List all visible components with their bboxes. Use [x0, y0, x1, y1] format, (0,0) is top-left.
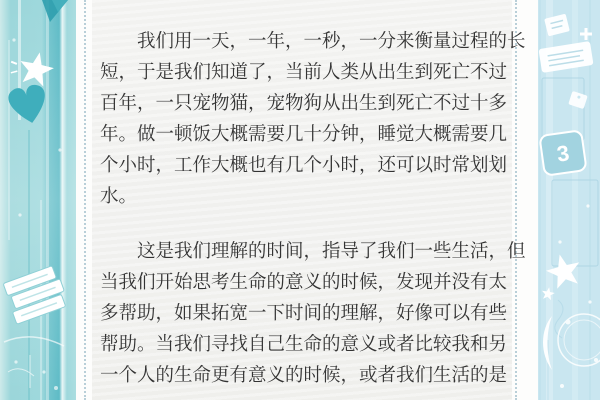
text-line: 多帮助，如果拓宽一下时间的理解，好像可以有些 [100, 299, 506, 330]
left-decorative-border [0, 0, 76, 400]
text-line: 水。 [100, 182, 506, 213]
text-line: 当我们开始思考生命的意义的时候，发现并没有太 [100, 268, 506, 299]
paragraph-2: 这是我们理解的时间，指导了我们一些生活，但 当我们开始思考生命的意义的时候，发现… [100, 237, 506, 392]
right-decorative-border: 3 [538, 0, 600, 400]
left-stitch-line [84, 0, 86, 400]
paper-panel: 我们用一天，一年，一秒，一分来衡量过程的长 短，于是我们知道了，当前人类从出生到… [92, 0, 512, 400]
right-doodle-art: 3 [538, 0, 600, 400]
text-line: 个小时，工作大概也有几个小时，还可以时常划划 [100, 151, 506, 182]
body-text: 我们用一天，一年，一秒，一分来衡量过程的长 短，于是我们知道了，当前人类从出生到… [92, 0, 512, 392]
text-line: 一个人的生命更有意义的时候，或者我们生活的是 [100, 361, 506, 392]
text-line: 短，于是我们知道了，当前人类从出生到死亡不过 [100, 58, 506, 89]
text-line: 我们用一天，一年，一秒，一分来衡量过程的长 [100, 27, 506, 58]
text-line: 百年，一只宠物猫，宠物狗从出生到死亡不过十多 [100, 89, 506, 120]
right-stitch-line [515, 0, 517, 400]
paragraph-1: 我们用一天，一年，一秒，一分来衡量过程的长 短，于是我们知道了，当前人类从出生到… [100, 27, 506, 213]
text-line: 这是我们理解的时间，指导了我们一些生活，但 [100, 237, 506, 268]
text-line: 帮助。当我们寻找自己生命的意义或者比较我和另 [100, 330, 506, 361]
text-image-page: 3 [0, 0, 600, 400]
left-watercolor-art [0, 0, 76, 400]
text-line: 年。做一顿饭大概需要几十分钟，睡觉大概需要几 [100, 120, 506, 151]
key-3-icon: 3 [539, 130, 586, 175]
